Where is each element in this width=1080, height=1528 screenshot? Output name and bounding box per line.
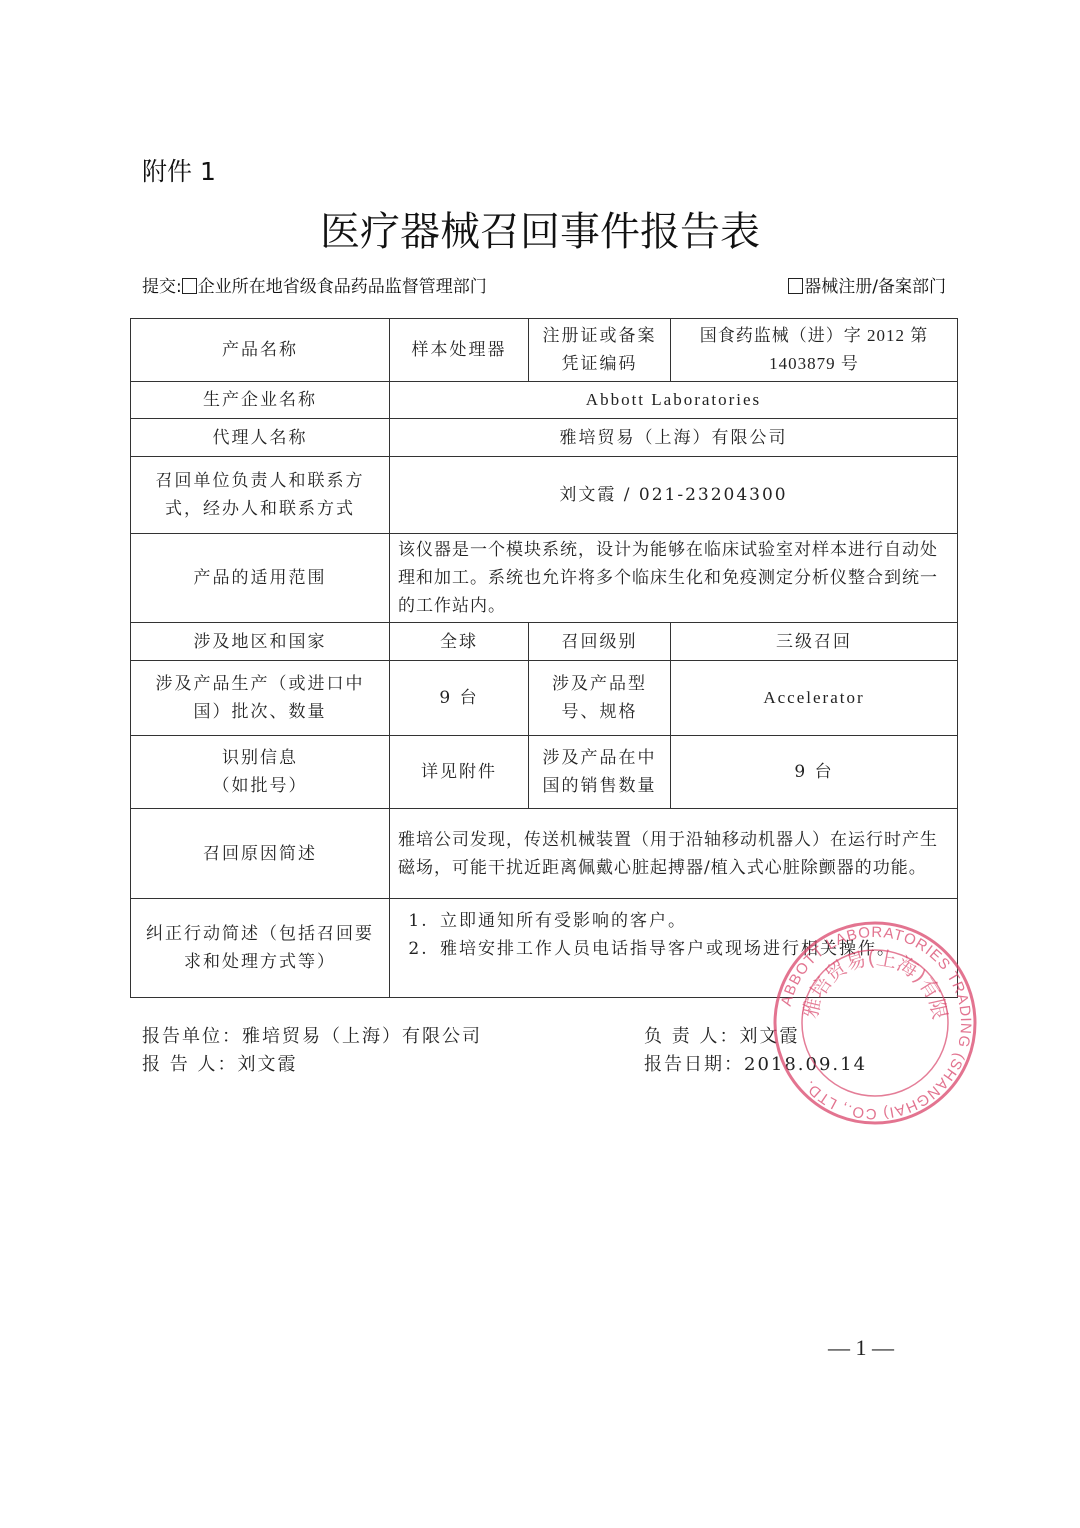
- table-row: 代理人名称 雅培贸易（上海）有限公司: [131, 419, 958, 457]
- checkbox-registration[interactable]: [788, 278, 803, 294]
- table-row: 产品名称 样本处理器 注册证或备案凭证编码 国食药监械（进）字 2012 第 1…: [131, 319, 958, 382]
- agent: 雅培贸易（上海）有限公司: [390, 419, 958, 457]
- action-label: 纠正行动简述（包括召回要求和处理方式等）: [131, 899, 390, 998]
- contact: 刘文霞 / 021-23204300: [390, 457, 958, 534]
- scope-label: 产品的适用范围: [131, 534, 390, 623]
- page-number: — 1 —: [828, 1335, 894, 1361]
- china-sales: 9 台: [671, 736, 958, 809]
- reg-cert-label: 注册证或备案凭证编码: [529, 319, 671, 382]
- table-row: 涉及产品生产（或进口中国）批次、数量 9 台 涉及产品型号、规格 Acceler…: [131, 661, 958, 736]
- submit-line-right: 器械注册/备案部门: [788, 272, 946, 297]
- reason: 雅培公司发现，传送机械装置（用于沿轴移动机器人）在运行时产生磁场，可能干扰近距离…: [390, 809, 958, 899]
- manufacturer-label: 生产企业名称: [131, 382, 390, 419]
- recall-level-label: 召回级别: [529, 623, 671, 661]
- model-label: 涉及产品型号、规格: [529, 661, 671, 736]
- reason-label: 召回原因简述: [131, 809, 390, 899]
- table-row: 识别信息（如批号） 详见附件 涉及产品在中国的销售数量 9 台: [131, 736, 958, 809]
- recall-level: 三级召回: [671, 623, 958, 661]
- report-unit: 报告单位：雅培贸易（上海）有限公司: [142, 1022, 482, 1048]
- table-row: 召回原因简述 雅培公司发现，传送机械装置（用于沿轴移动机器人）在运行时产生磁场，…: [131, 809, 958, 899]
- region-label: 涉及地区和国家: [131, 623, 390, 661]
- product-name-label: 产品名称: [131, 319, 390, 382]
- recall-report-table: 产品名称 样本处理器 注册证或备案凭证编码 国食药监械（进）字 2012 第 1…: [130, 318, 958, 998]
- batch-label: 涉及产品生产（或进口中国）批次、数量: [131, 661, 390, 736]
- attachment-label: 附件 1: [142, 152, 216, 188]
- company-seal-icon: ABBOTT LABORATORIES TRADING (SHANGHAI) C…: [770, 918, 980, 1128]
- agent-label: 代理人名称: [131, 419, 390, 457]
- table-row: 召回单位负责人和联系方式，经办人和联系方式 刘文霞 / 021-23204300: [131, 457, 958, 534]
- batch: 9 台: [390, 661, 529, 736]
- id-value: 详见附件: [390, 736, 529, 809]
- reg-cert-value: 国食药监械（进）字 2012 第 1403879 号: [671, 319, 958, 382]
- product-name: 样本处理器: [390, 319, 529, 382]
- table-row: 产品的适用范围 该仪器是一个模块系统，设计为能够在临床试验室对样本进行自动处理和…: [131, 534, 958, 623]
- contact-label: 召回单位负责人和联系方式，经办人和联系方式: [131, 457, 390, 534]
- document-title: 医疗器械召回事件报告表: [0, 200, 1080, 257]
- submit-option-registration: 器械注册/备案部门: [804, 277, 946, 297]
- table-row: 生产企业名称 Abbott Laboratories: [131, 382, 958, 419]
- model: Accelerator: [671, 661, 958, 736]
- scope: 该仪器是一个模块系统，设计为能够在临床试验室对样本进行自动处理和加工。系统也允许…: [390, 534, 958, 623]
- manufacturer: Abbott Laboratories: [390, 382, 958, 419]
- submit-prefix: 提交:: [142, 277, 182, 297]
- reporter: 报 告 人：刘文霞: [142, 1050, 297, 1076]
- submit-line: 提交:企业所在地省级食品药品监督管理部门: [142, 272, 487, 297]
- submit-option-provincial: 企业所在地省级食品药品监督管理部门: [198, 277, 487, 297]
- id-label: 识别信息（如批号）: [131, 736, 390, 809]
- svg-text:ABBOTT LABORATORIES TRADING (S: ABBOTT LABORATORIES TRADING (SHANGHAI) C…: [778, 924, 974, 1122]
- table-row: 涉及地区和国家 全球 召回级别 三级召回: [131, 623, 958, 661]
- checkbox-provincial[interactable]: [182, 278, 197, 294]
- china-sales-label: 涉及产品在中国的销售数量: [529, 736, 671, 809]
- region: 全球: [390, 623, 529, 661]
